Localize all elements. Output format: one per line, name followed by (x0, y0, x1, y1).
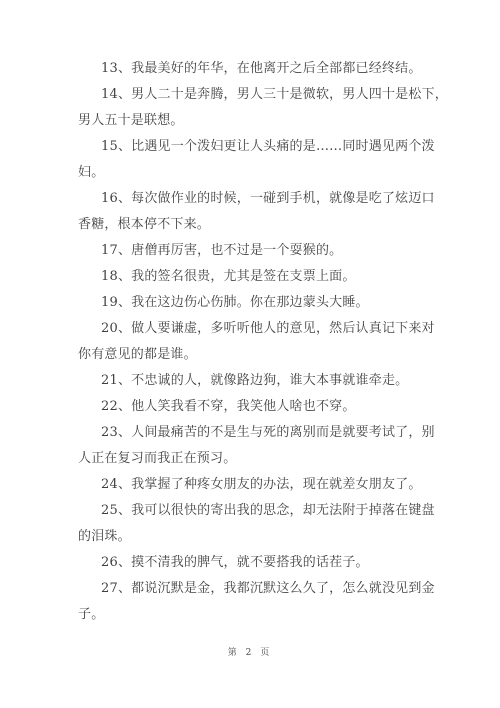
page-number: 第 2 页 (228, 648, 272, 658)
quote-item: 24、我掌握了种疼女朋友的办法，现在就差女朋友了。 (78, 472, 422, 498)
quote-line: 男人五十是联想。 (78, 108, 422, 134)
document-page: 13、我最美好的年华，在他离开之后全部都已经终结。14、男人二十是奔腾，男人三十… (0, 0, 500, 708)
quote-line: 27、都说沉默是金，我都沉默这么久了，怎么就没见到金 (78, 576, 422, 602)
quote-item: 22、他人笑我看不穿，我笑他人啥也不穿。 (78, 394, 422, 420)
quote-item: 27、都说沉默是金，我都沉默这么久了，怎么就没见到金子。 (78, 576, 422, 628)
quote-list: 13、我最美好的年华，在他离开之后全部都已经终结。14、男人二十是奔腾，男人三十… (78, 56, 422, 628)
quote-line: 香糖，根本停不下来。 (78, 212, 422, 238)
quote-line: 26、摸不清我的脾气，就不要搭我的话茬子。 (78, 550, 422, 576)
quote-item: 23、人间最痛苦的不是生与死的离别而是就要考试了，别人正在复习而我正在预习。 (78, 420, 422, 472)
quote-item: 18、我的签名很贵，尤其是签在支票上面。 (78, 264, 422, 290)
quote-line: 的泪珠。 (78, 524, 422, 550)
quote-line: 22、他人笑我看不穿，我笑他人啥也不穿。 (78, 394, 422, 420)
quote-item: 25、我可以很快的寄出我的思念，却无法附于掉落在键盘的泪珠。 (78, 498, 422, 550)
quote-line: 子。 (78, 602, 422, 628)
quote-line: 16、每次做作业的时候，一碰到手机，就像是吃了炫迈口 (78, 186, 422, 212)
quote-line: 24、我掌握了种疼女朋友的办法，现在就差女朋友了。 (78, 472, 422, 498)
quote-line: 19、我在这边伤心伤肺。你在那边蒙头大睡。 (78, 290, 422, 316)
quote-line: 18、我的签名很贵，尤其是签在支票上面。 (78, 264, 422, 290)
quote-item: 14、男人二十是奔腾，男人三十是微软，男人四十是松下，男人五十是联想。 (78, 82, 422, 134)
quote-item: 21、不忠诚的人，就像路边狗，谁大本事就谁牵走。 (78, 368, 422, 394)
quote-line: 17、唐僧再厉害，也不过是一个耍猴的。 (78, 238, 422, 264)
quote-item: 13、我最美好的年华，在他离开之后全部都已经终结。 (78, 56, 422, 82)
quote-line: 妇。 (78, 160, 422, 186)
quote-line: 20、做人要谦虚，多听听他人的意见，然后认真记下来对 (78, 316, 422, 342)
quote-item: 16、每次做作业的时候，一碰到手机，就像是吃了炫迈口香糖，根本停不下来。 (78, 186, 422, 238)
quote-line: 23、人间最痛苦的不是生与死的离别而是就要考试了，别 (78, 420, 422, 446)
page-footer: 第 2 页 (78, 645, 422, 658)
quote-item: 17、唐僧再厉害，也不过是一个耍猴的。 (78, 238, 422, 264)
quote-item: 20、做人要谦虚，多听听他人的意见，然后认真记下来对你有意见的都是谁。 (78, 316, 422, 368)
quote-line: 21、不忠诚的人，就像路边狗，谁大本事就谁牵走。 (78, 368, 422, 394)
quote-line: 25、我可以很快的寄出我的思念，却无法附于掉落在键盘 (78, 498, 422, 524)
quote-item: 19、我在这边伤心伤肺。你在那边蒙头大睡。 (78, 290, 422, 316)
quote-item: 26、摸不清我的脾气，就不要搭我的话茬子。 (78, 550, 422, 576)
quote-item: 15、比遇见一个泼妇更让人头痛的是……同时遇见两个泼妇。 (78, 134, 422, 186)
quote-line: 13、我最美好的年华，在他离开之后全部都已经终结。 (78, 56, 422, 82)
quote-line: 15、比遇见一个泼妇更让人头痛的是……同时遇见两个泼 (78, 134, 422, 160)
quote-line: 14、男人二十是奔腾，男人三十是微软，男人四十是松下， (78, 82, 422, 108)
quote-line: 人正在复习而我正在预习。 (78, 446, 422, 472)
quote-line: 你有意见的都是谁。 (78, 342, 422, 368)
